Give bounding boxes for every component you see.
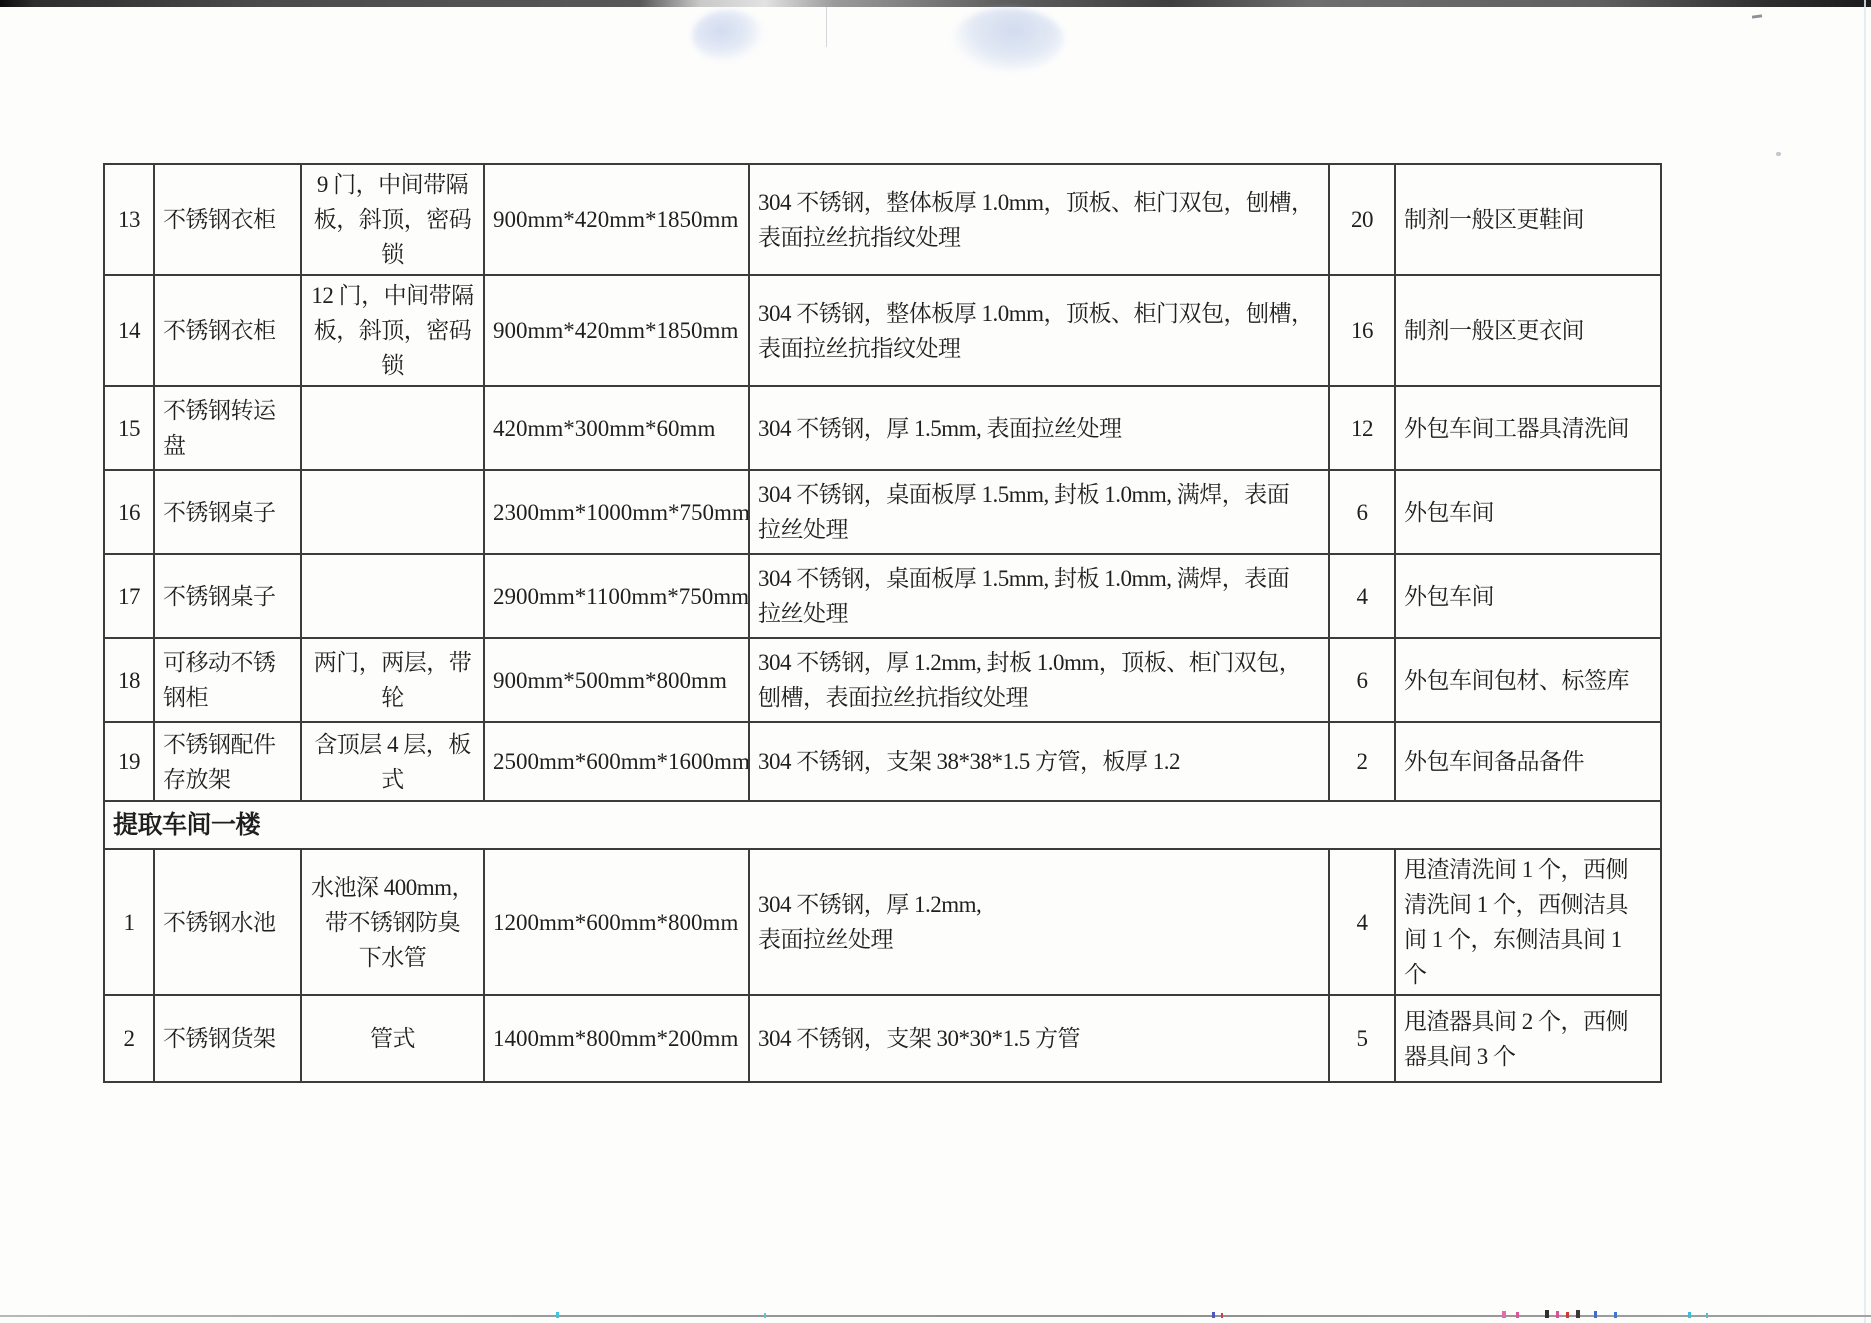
cell-item-location: 甩渣清洗间 1 个，西侧 清洗间 1 个，西侧洁具 间 1 个，东侧洁具间 1 … [1395, 849, 1661, 995]
cell-item-location: 外包车间备品备件 [1395, 722, 1661, 801]
cell-row-number: 19 [104, 722, 154, 801]
cell-item-location: 外包车间包材、标签库 [1395, 638, 1661, 722]
scan-noise-speck [556, 1312, 559, 1318]
scan-noise-speck [1212, 1312, 1215, 1318]
cell-item-name: 不锈钢衣柜 [154, 164, 301, 275]
scan-edge-bar [0, 0, 1871, 7]
cell-row-number: 14 [104, 275, 154, 386]
cell-item-quantity: 20 [1329, 164, 1395, 275]
cell-item-name: 可移动不锈 钢柜 [154, 638, 301, 722]
cell-item-dimensions: 2300mm*1000mm*750mm [484, 470, 749, 554]
scan-noise-speck [1688, 1312, 1691, 1318]
scan-ink-smudge [952, 8, 1064, 72]
cell-item-name: 不锈钢桌子 [154, 470, 301, 554]
cell-item-location: 外包车间工器具清洗间 [1395, 386, 1661, 470]
cell-item-dimensions: 900mm*500mm*800mm [484, 638, 749, 722]
cell-item-description [301, 386, 484, 470]
scan-edge-line [1864, 0, 1866, 1323]
table-row: 2不锈钢货架管式1400mm*800mm*200mm304 不锈钢，支架 30*… [104, 995, 1661, 1082]
scan-line-artifact [826, 7, 827, 47]
scanned-page: 13不锈钢衣柜9 门，中间带隔 板，斜顶，密码 锁900mm*420mm*185… [0, 0, 1871, 1323]
table-row: 14不锈钢衣柜12 门，中间带隔 板，斜顶，密码 锁900mm*420mm*18… [104, 275, 1661, 386]
cell-item-spec: 304 不锈钢，整体板厚 1.0mm，顶板、柜门双包，刨槽， 表面拉丝抗指纹处理 [749, 164, 1329, 275]
table-row: 18可移动不锈 钢柜两门，两层，带 轮900mm*500mm*800mm304 … [104, 638, 1661, 722]
cell-item-spec: 304 不锈钢，整体板厚 1.0mm，顶板、柜门双包，刨槽， 表面拉丝抗指纹处理 [749, 275, 1329, 386]
cell-item-description: 12 门，中间带隔 板，斜顶，密码 锁 [301, 275, 484, 386]
cell-row-number: 17 [104, 554, 154, 638]
cell-item-quantity: 5 [1329, 995, 1395, 1082]
table-row: 16不锈钢桌子2300mm*1000mm*750mm304 不锈钢，桌面板厚 1… [104, 470, 1661, 554]
cell-item-location: 外包车间 [1395, 554, 1661, 638]
cell-row-number: 18 [104, 638, 154, 722]
cell-item-name: 不锈钢配件 存放架 [154, 722, 301, 801]
cell-item-spec: 304 不锈钢，厚 1.2mm, 表面拉丝处理 [749, 849, 1329, 995]
cell-item-dimensions: 900mm*420mm*1850mm [484, 164, 749, 275]
cell-item-quantity: 4 [1329, 554, 1395, 638]
cell-item-description: 两门，两层，带 轮 [301, 638, 484, 722]
scan-noise-speck [1516, 1312, 1519, 1318]
cell-item-location: 制剂一般区更鞋间 [1395, 164, 1661, 275]
cell-item-quantity: 16 [1329, 275, 1395, 386]
equipment-list-table: 13不锈钢衣柜9 门，中间带隔 板，斜顶，密码 锁900mm*420mm*185… [103, 163, 1662, 1083]
cell-item-name: 不锈钢衣柜 [154, 275, 301, 386]
cell-item-spec: 304 不锈钢，支架 38*38*1.5 方管，板厚 1.2 [749, 722, 1329, 801]
scan-noise-speck [1221, 1313, 1223, 1318]
cell-item-description: 管式 [301, 995, 484, 1082]
section-header-label: 提取车间一楼 [104, 801, 1661, 849]
cell-item-dimensions: 2500mm*600mm*1600mm [484, 722, 749, 801]
cell-item-quantity: 6 [1329, 638, 1395, 722]
cell-item-spec: 304 不锈钢，厚 1.2mm, 封板 1.0mm，顶板、柜门双包， 刨槽，表面… [749, 638, 1329, 722]
scan-noise-speck [1556, 1311, 1559, 1318]
cell-item-spec: 304 不锈钢，桌面板厚 1.5mm, 封板 1.0mm, 满焊，表面 拉丝处理 [749, 470, 1329, 554]
cell-item-spec: 304 不锈钢，桌面板厚 1.5mm, 封板 1.0mm, 满焊，表面 拉丝处理 [749, 554, 1329, 638]
scan-noise-speck [1545, 1310, 1549, 1318]
scan-noise-speck [1566, 1312, 1569, 1318]
cell-item-location: 外包车间 [1395, 470, 1661, 554]
cell-item-dimensions: 1200mm*600mm*800mm [484, 849, 749, 995]
cell-row-number: 16 [104, 470, 154, 554]
cell-item-dimensions: 1400mm*800mm*200mm [484, 995, 749, 1082]
cell-row-number: 1 [104, 849, 154, 995]
scan-noise-mark [1752, 14, 1762, 18]
scan-noise-speck [1594, 1311, 1597, 1318]
cell-item-location: 甩渣器具间 2 个，西侧 器具间 3 个 [1395, 995, 1661, 1082]
scan-noise-speck [1614, 1312, 1617, 1318]
cell-item-name: 不锈钢桌子 [154, 554, 301, 638]
cell-item-description: 含顶层 4 层，板 式 [301, 722, 484, 801]
scan-noise-speck [1706, 1313, 1708, 1318]
scan-ink-smudge [692, 10, 764, 62]
cell-item-name: 不锈钢货架 [154, 995, 301, 1082]
cell-item-quantity: 4 [1329, 849, 1395, 995]
table-row: 13不锈钢衣柜9 门，中间带隔 板，斜顶，密码 锁900mm*420mm*185… [104, 164, 1661, 275]
cell-row-number: 15 [104, 386, 154, 470]
cell-item-dimensions: 900mm*420mm*1850mm [484, 275, 749, 386]
table-row: 19不锈钢配件 存放架含顶层 4 层，板 式2500mm*600mm*1600m… [104, 722, 1661, 801]
table-row: 1不锈钢水池水池深 400mm， 带不锈钢防臭 下水管1200mm*600mm*… [104, 849, 1661, 995]
section-header-row: 提取车间一楼 [104, 801, 1661, 849]
cell-item-dimensions: 2900mm*1100mm*750mm [484, 554, 749, 638]
cell-item-description: 水池深 400mm， 带不锈钢防臭 下水管 [301, 849, 484, 995]
scan-noise-speck [764, 1313, 766, 1318]
cell-item-quantity: 2 [1329, 722, 1395, 801]
cell-item-name: 不锈钢水池 [154, 849, 301, 995]
cell-item-location: 制剂一般区更衣间 [1395, 275, 1661, 386]
cell-item-description [301, 470, 484, 554]
cell-row-number: 2 [104, 995, 154, 1082]
scan-noise-speck [1576, 1310, 1580, 1318]
cell-item-spec: 304 不锈钢，支架 30*30*1.5 方管 [749, 995, 1329, 1082]
table-row: 17不锈钢桌子2900mm*1100mm*750mm304 不锈钢，桌面板厚 1… [104, 554, 1661, 638]
cell-item-spec: 304 不锈钢，厚 1.5mm, 表面拉丝处理 [749, 386, 1329, 470]
cell-item-name: 不锈钢转运 盘 [154, 386, 301, 470]
scan-page-edge [0, 1315, 1871, 1317]
scan-noise-speck [1502, 1311, 1506, 1318]
cell-item-quantity: 6 [1329, 470, 1395, 554]
cell-item-dimensions: 420mm*300mm*60mm [484, 386, 749, 470]
scan-noise-mark [1776, 152, 1781, 156]
cell-row-number: 13 [104, 164, 154, 275]
cell-item-description: 9 门，中间带隔 板，斜顶，密码 锁 [301, 164, 484, 275]
cell-item-quantity: 12 [1329, 386, 1395, 470]
cell-item-description [301, 554, 484, 638]
table-row: 15不锈钢转运 盘420mm*300mm*60mm304 不锈钢，厚 1.5mm… [104, 386, 1661, 470]
